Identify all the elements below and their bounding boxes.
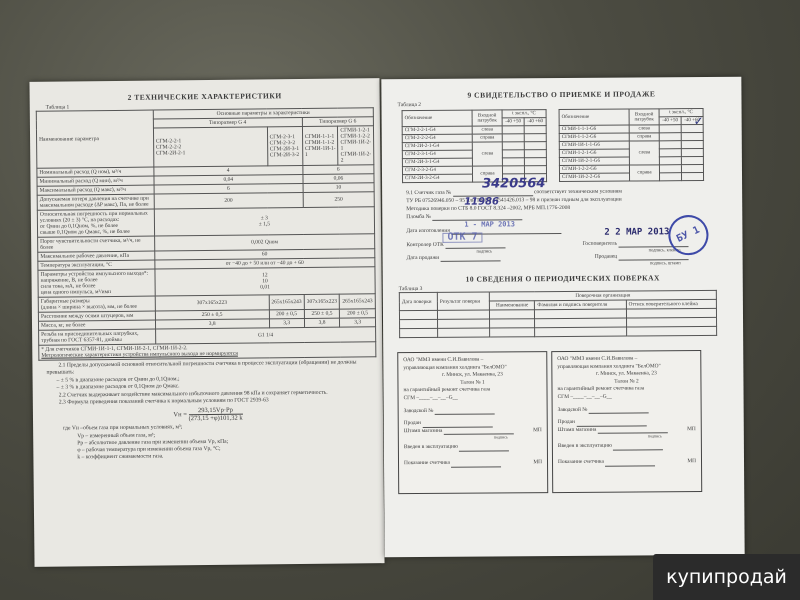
warranty-coupon-2: ОАО "ММЗ имени С.И.Вавилова –управляющая… — [551, 350, 702, 493]
right-page: 9 СВИДЕТЕЛЬСТВО О ПРИЕМКЕ И ПРОДАЖЕ Табл… — [381, 77, 744, 558]
model-cell: СГМИ-1-2-1 СГМИ-1-2-2 СГМИ-1И-2-1 СГМИ-1… — [338, 126, 374, 165]
checkbox-cell[interactable] — [659, 149, 681, 157]
table-row: Параметры устройства импульсного выхода*… — [38, 267, 375, 298]
table2-left: ОбозначениеВходной патрубокt экспл., °С-… — [402, 109, 548, 183]
checkbox-cell[interactable] — [659, 157, 681, 165]
manufacture-date-stamp: 1 - МАР 2013 — [464, 220, 515, 228]
checkbox-cell[interactable] — [659, 165, 681, 173]
formula-legend: где Vн –объем газа при нормальных услови… — [33, 423, 383, 463]
model-cell: СГМИ-1-1-1 СГМИ-1-1-2 СГМИ-1И-1-1 — [302, 126, 338, 165]
table2-label: Таблица 2 — [397, 100, 741, 108]
checkbox-cell[interactable] — [502, 134, 524, 142]
section-title-acceptance: 9 СВИДЕТЕЛЬСТВО О ПРИЕМКЕ И ПРОДАЖЕ — [381, 89, 741, 101]
checkbox-cell[interactable] — [659, 133, 681, 141]
table-row — [400, 326, 717, 337]
model-cell: СГМ-2-3-1 СГМ-2-3-2 СГМ-2И-3-1 СГМ-2И-3-… — [267, 126, 303, 165]
table1: Наименование параметра Основные параметр… — [36, 107, 377, 361]
checkbox-cell[interactable] — [502, 166, 524, 174]
table-row: Относительная погрешность при нормальных… — [37, 207, 374, 238]
checkbox-cell[interactable] — [659, 173, 681, 181]
table3: Дата поверки Результат поверки Поверочна… — [399, 290, 717, 338]
table2: ОбозначениеВходной патрубокt экспл., °С-… — [402, 108, 743, 183]
checkbox-cell[interactable] — [524, 142, 546, 150]
watermark-logo: купипродай — [653, 554, 800, 600]
left-page: 2 ТЕХНИЧЕСКИЕ ХАРАКТЕРИСТИКИ Таблица 1 Н… — [29, 78, 384, 567]
warranty-coupons: ОАО "ММЗ имени С.И.Вавилова –управляющая… — [397, 350, 744, 494]
notes: 2.1 Пределы допускаемой основной относит… — [32, 357, 382, 407]
param-header: Наименование параметра — [36, 110, 153, 168]
checkbox-cell[interactable] — [524, 158, 546, 166]
checkbox-cell[interactable] — [659, 141, 681, 149]
certificate-block: 9.1 Счетчик газа № соответствует техниче… — [382, 181, 743, 268]
model-cell: СГМ-2-2-1 СГМ-2-2-2 СГМ-2И-2-1 — [153, 127, 267, 167]
checkbox-cell[interactable] — [502, 142, 524, 150]
table2-right: ОбозначениеВходной патрубокt экспл., °С-… — [559, 108, 705, 182]
checkbox-cell[interactable] — [659, 125, 681, 133]
formula: Vн = 293,15Vр·Pр(273,15 +φ)101,32 k — [33, 406, 383, 425]
checkbox-cell[interactable] — [524, 134, 546, 142]
checkbox-cell[interactable] — [524, 166, 546, 174]
verification-date-stamp: 2 2 MAP 2013 — [604, 228, 669, 236]
checkbox-cell[interactable] — [524, 150, 546, 158]
checkbox-cell[interactable] — [502, 150, 524, 158]
handwritten-verification-number: 11986 — [464, 198, 499, 206]
otk-stamp: ОТК 7 — [442, 233, 482, 243]
checkbox-cell[interactable] — [502, 158, 524, 166]
handwritten-serial: 3420564 — [482, 180, 545, 188]
handwritten-checkmark: ✓ — [694, 114, 705, 181]
checkbox-cell[interactable] — [524, 126, 546, 134]
warranty-coupon-1: ОАО "ММЗ имени С.И.Вавилова –управляющая… — [397, 351, 548, 494]
section-title-periodic: 10 СВЕДЕНИЯ О ПЕРИОДИЧЕСКИХ ПОВЕРКАХ — [383, 273, 743, 285]
checkbox-cell[interactable] — [502, 126, 524, 134]
